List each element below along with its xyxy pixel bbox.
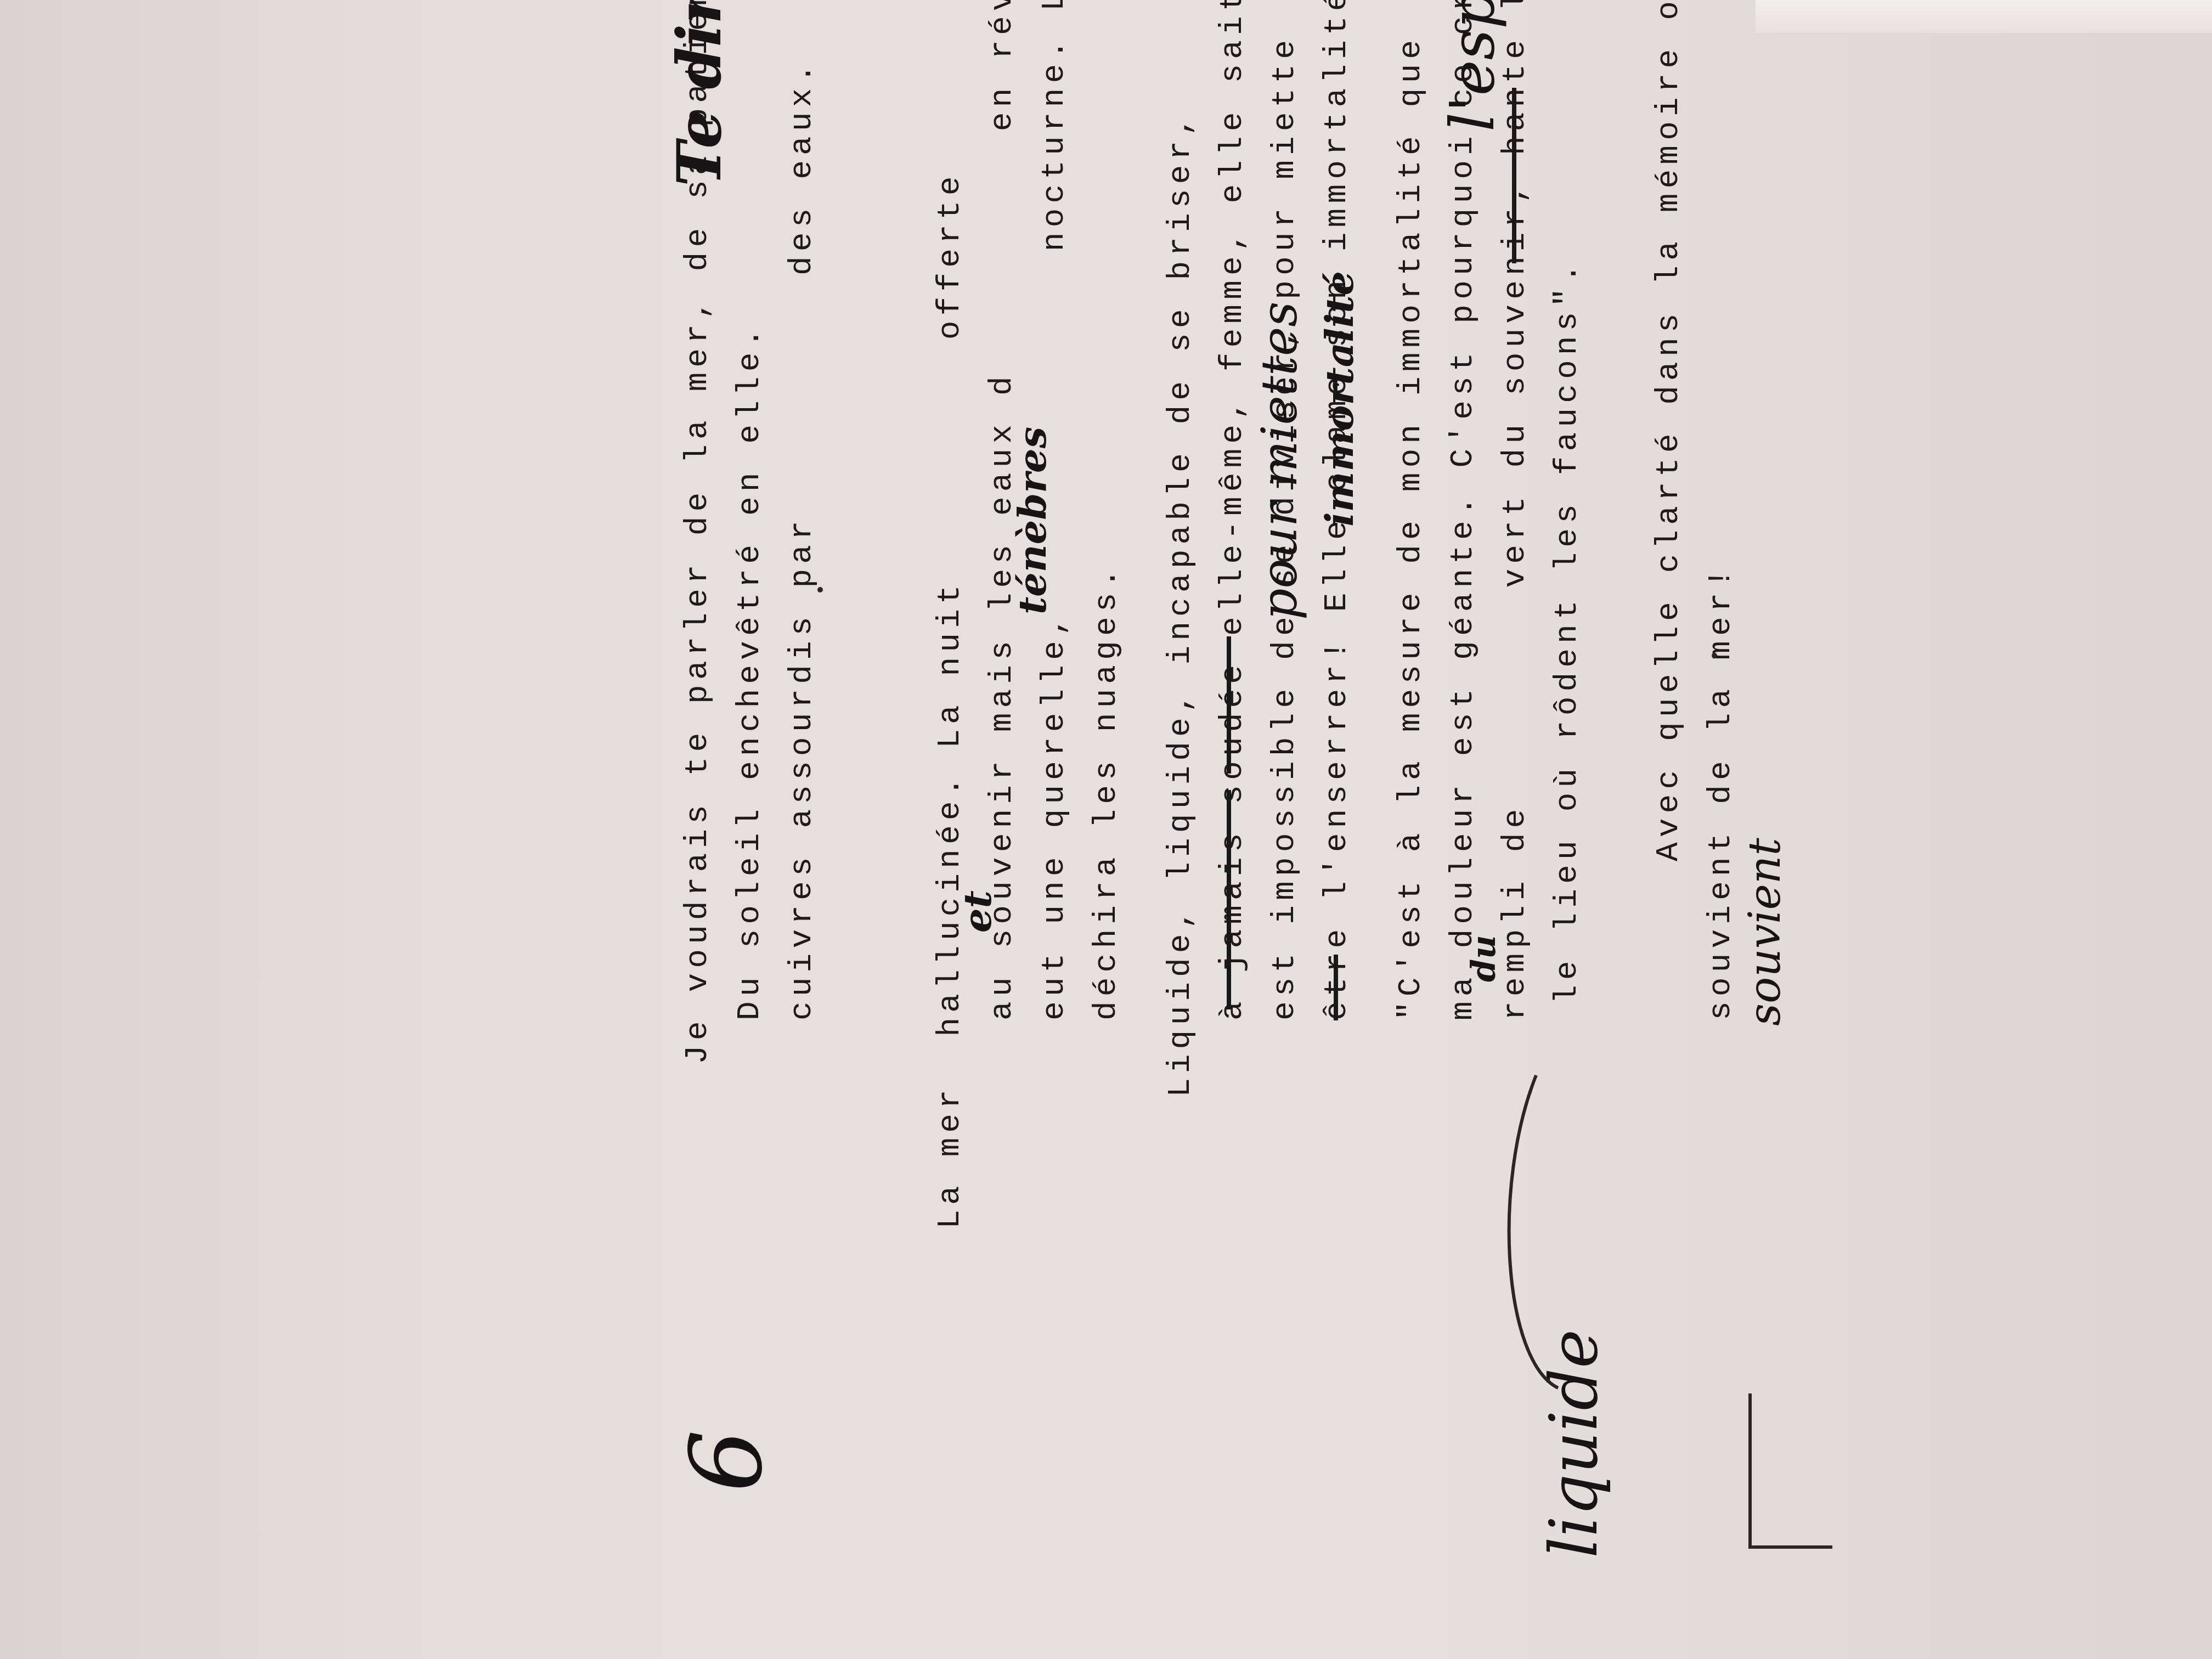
manuscript-page: Je voudrais te parler de la mer, de sa p…: [680, 0, 2107, 1569]
ink-strokes: [680, 0, 2107, 1569]
ink-spot: [1712, 653, 1717, 658]
ink-spot: [817, 587, 823, 592]
